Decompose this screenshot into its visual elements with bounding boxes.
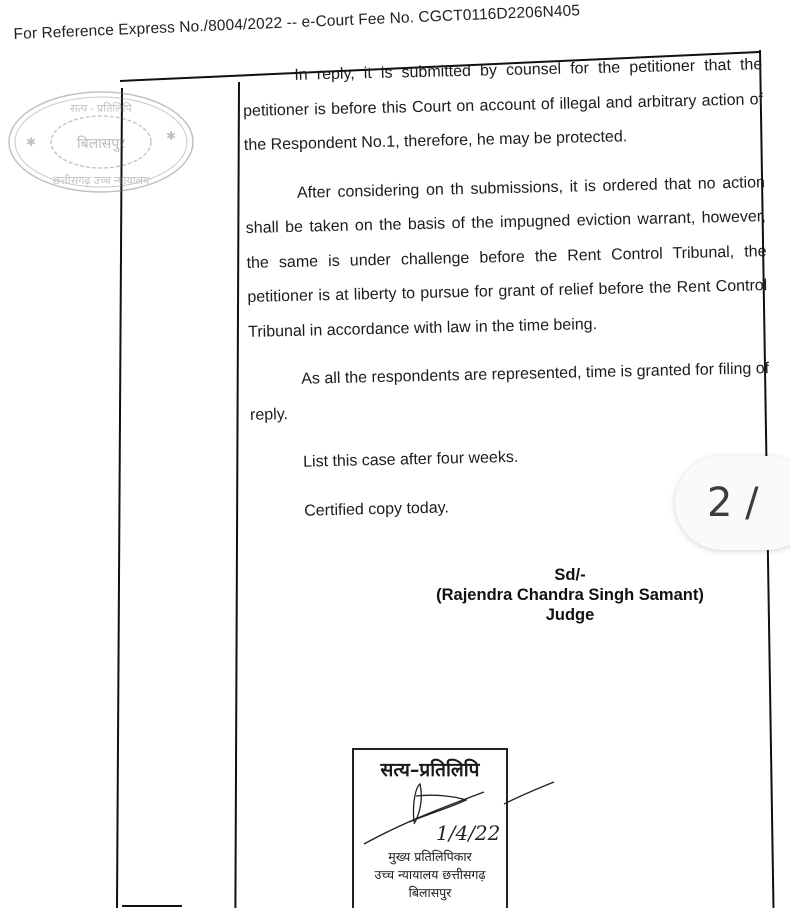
judge-name: (Rajendra Chandra Singh Samant) [400,585,740,605]
page-indicator[interactable]: 2 / [675,456,790,550]
signature-mark: Sd/- [400,565,740,585]
paragraph-reply: In reply, it is submitted by counsel for… [242,48,764,163]
document-page: For Reference Express No./8004/2022 -- e… [0,0,790,908]
seal-top-text: सत्य - प्रतिलिपि [70,102,132,115]
judge-title: Judge [400,605,740,625]
handwritten-date: 1/4/22 [436,821,500,845]
stamp-title: सत्य–प्रतिलिपि [354,756,506,782]
reference-line: For Reference Express No./8004/2022 -- e… [13,2,580,44]
certified-copy-stamp: सत्य–प्रतिलिपि 1/4/22 मुख्य प्रतिलिपिकार… [352,748,508,908]
table-column-line-left [116,88,123,908]
paragraph-reply-time: As all the respondents are represented, … [249,352,770,433]
svg-text:✱: ✱ [26,135,36,149]
handwritten-signature: 1/4/22 [354,782,506,848]
court-seal: ✱ ✱ बिलासपुर सत्य - प्रतिलिपि छत्तीसगढ़ … [6,88,196,196]
page-indicator-text: 2 / [707,480,759,526]
table-bottom-border [122,905,182,907]
table-column-line-middle [234,82,240,908]
seal-center-text: बिलासपुर [77,135,125,152]
svg-text:✱: ✱ [166,129,176,143]
order-body: In reply, it is submitted by counsel for… [242,48,773,530]
seal-bottom-text: छत्तीसगढ़ उच्च न्यायालय [53,174,150,187]
paragraph-order: After considering on th submissions, it … [245,166,769,350]
judge-signature-block: Sd/- (Rajendra Chandra Singh Samant) Jud… [400,565,740,625]
stamp-line-3: बिलासपुर [354,884,506,902]
stamp-line-2: उच्च न्यायालय छत्तीसगढ़ [354,866,506,884]
